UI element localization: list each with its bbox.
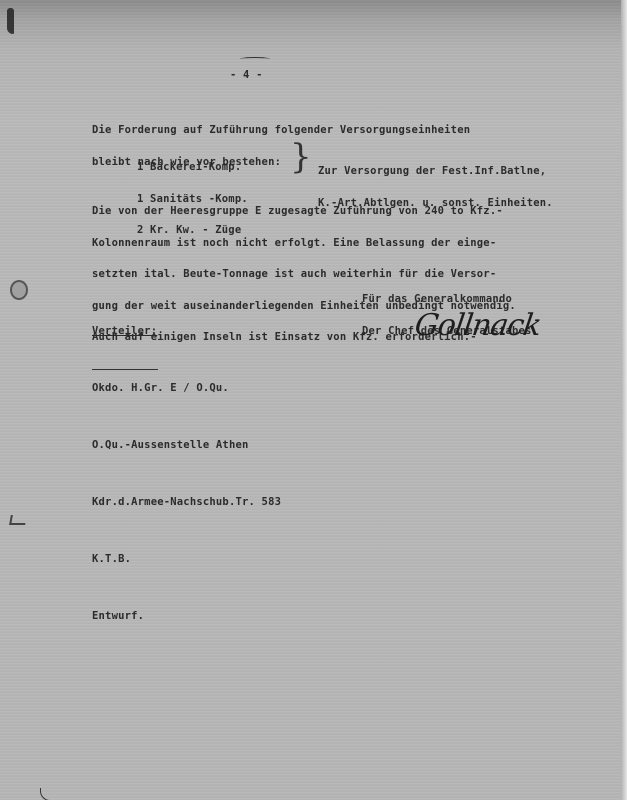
divider-line: [92, 369, 158, 370]
pencil-stroke-mark: [240, 57, 270, 61]
recipient: O.Qu.-Aussenstelle Athen: [92, 436, 281, 455]
handwritten-signature: Gollnack: [413, 308, 543, 343]
distribution-list: Verteiler: Okdo. H.Gr. E / O.Qu. O.Qu.-A…: [92, 284, 281, 645]
unit-item: 1 Bäckerei-Komp.: [137, 162, 248, 173]
page-edge: [621, 0, 627, 800]
ink-mark: [7, 8, 14, 34]
text-line: Die Forderung auf Zuführung folgender Ve…: [92, 125, 470, 136]
text-line: Für das Generalkommando: [362, 294, 538, 305]
punch-hole-mark: [10, 280, 28, 300]
recipient: Kdr.d.Armee-Nachschub.Tr. 583: [92, 493, 281, 512]
draft-label: Entwurf.: [92, 607, 281, 626]
distribution-heading: Verteiler:: [92, 322, 281, 341]
recipient: K.T.B.: [92, 550, 281, 569]
page-number: - 4 -: [230, 70, 263, 81]
pencil-stroke-mark: [40, 788, 81, 800]
pencil-tick-mark: [9, 515, 27, 525]
brace-symbol: }: [290, 140, 312, 174]
text-line: Zur Versorgung der Fest.Inf.Batlne,: [318, 166, 553, 177]
recipient: Okdo. H.Gr. E / O.Qu.: [92, 379, 281, 398]
text-line: Kolonnenraum ist noch nicht erfolgt. Ein…: [92, 238, 516, 249]
text-line: Die von der Heeresgruppe E zugesagte Zuf…: [92, 206, 516, 217]
